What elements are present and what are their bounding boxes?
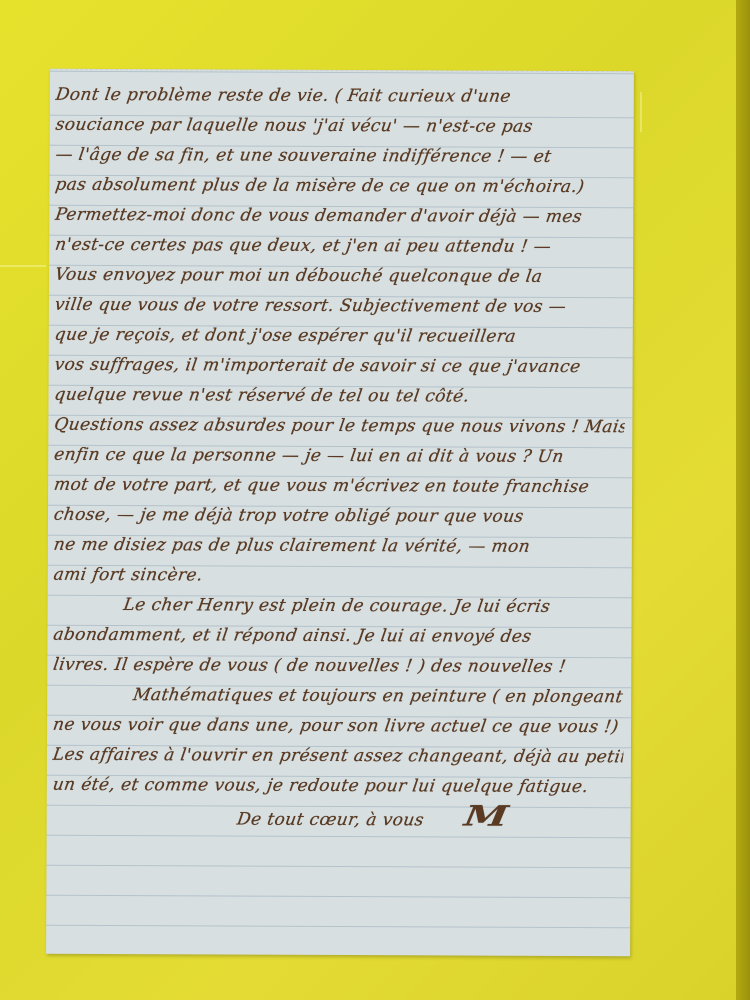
text-line: souciance par laquelle nous 'j'ai vécu' …	[54, 110, 628, 142]
closing-text: De tout cœur, à vous	[236, 810, 426, 831]
closing-line: De tout cœur, à vous M	[51, 800, 625, 832]
text-line: Les affaires à l'ouvrir en présent assez…	[51, 740, 625, 772]
text-line: abondamment, et il répond ainsi. Je lui …	[51, 620, 625, 652]
text-line: vos suffrages, il m'importerait de savoi…	[52, 350, 626, 382]
text-line: n'est-ce certes pas que deux, et j'en ai…	[53, 230, 627, 262]
text-line: Vous envoyez pour moi un débouché quelco…	[53, 260, 627, 292]
letter-page: Dont le problème reste de vie. ( Fait cu…	[46, 69, 634, 957]
text-line: que je reçois, et dont j'ose espérer qu'…	[53, 320, 627, 352]
background-crease	[640, 92, 642, 132]
text-line: Dont le problème reste de vie. ( Fait cu…	[54, 80, 628, 112]
text-line: ami fort sincère.	[52, 560, 626, 592]
text-line: un été, et comme vous, je redoute pour l…	[51, 770, 625, 802]
text-line: pas absolument plus de la misère de ce q…	[53, 170, 627, 202]
text-line: quelque revue n'est réservé de tel ou te…	[52, 380, 626, 412]
text-line: ne me disiez pas de plus clairement la v…	[52, 530, 626, 562]
text-line: — l'âge de sa fin, et une souveraine ind…	[53, 140, 627, 172]
signature: M	[462, 802, 510, 832]
text-line: ne vous voir que dans une, pour son livr…	[51, 710, 625, 742]
text-line: ville que vous de votre ressort. Subject…	[53, 290, 627, 322]
paragraph-start-line: Mathématiques et toujours en peinture ( …	[51, 680, 625, 712]
text-line: enfin ce que la personne — je — lui en a…	[52, 440, 626, 472]
handwritten-text: Dont le problème reste de vie. ( Fait cu…	[53, 80, 626, 832]
paragraph-start-line: Le cher Henry est plein de courage. Je l…	[51, 590, 625, 622]
text-line: Questions assez absurdes pour le temps q…	[52, 410, 626, 442]
text-line: Permettez-moi donc de vous demander d'av…	[53, 200, 627, 232]
text-line: livres. Il espère de vous ( de nouvelles…	[51, 650, 625, 682]
background-edge-strip	[736, 0, 750, 1000]
text-line: chose, — je me déjà trop votre obligé po…	[52, 500, 626, 532]
text-line: mot de votre part, et que vous m'écrivez…	[52, 470, 626, 502]
background-crease	[0, 265, 46, 267]
